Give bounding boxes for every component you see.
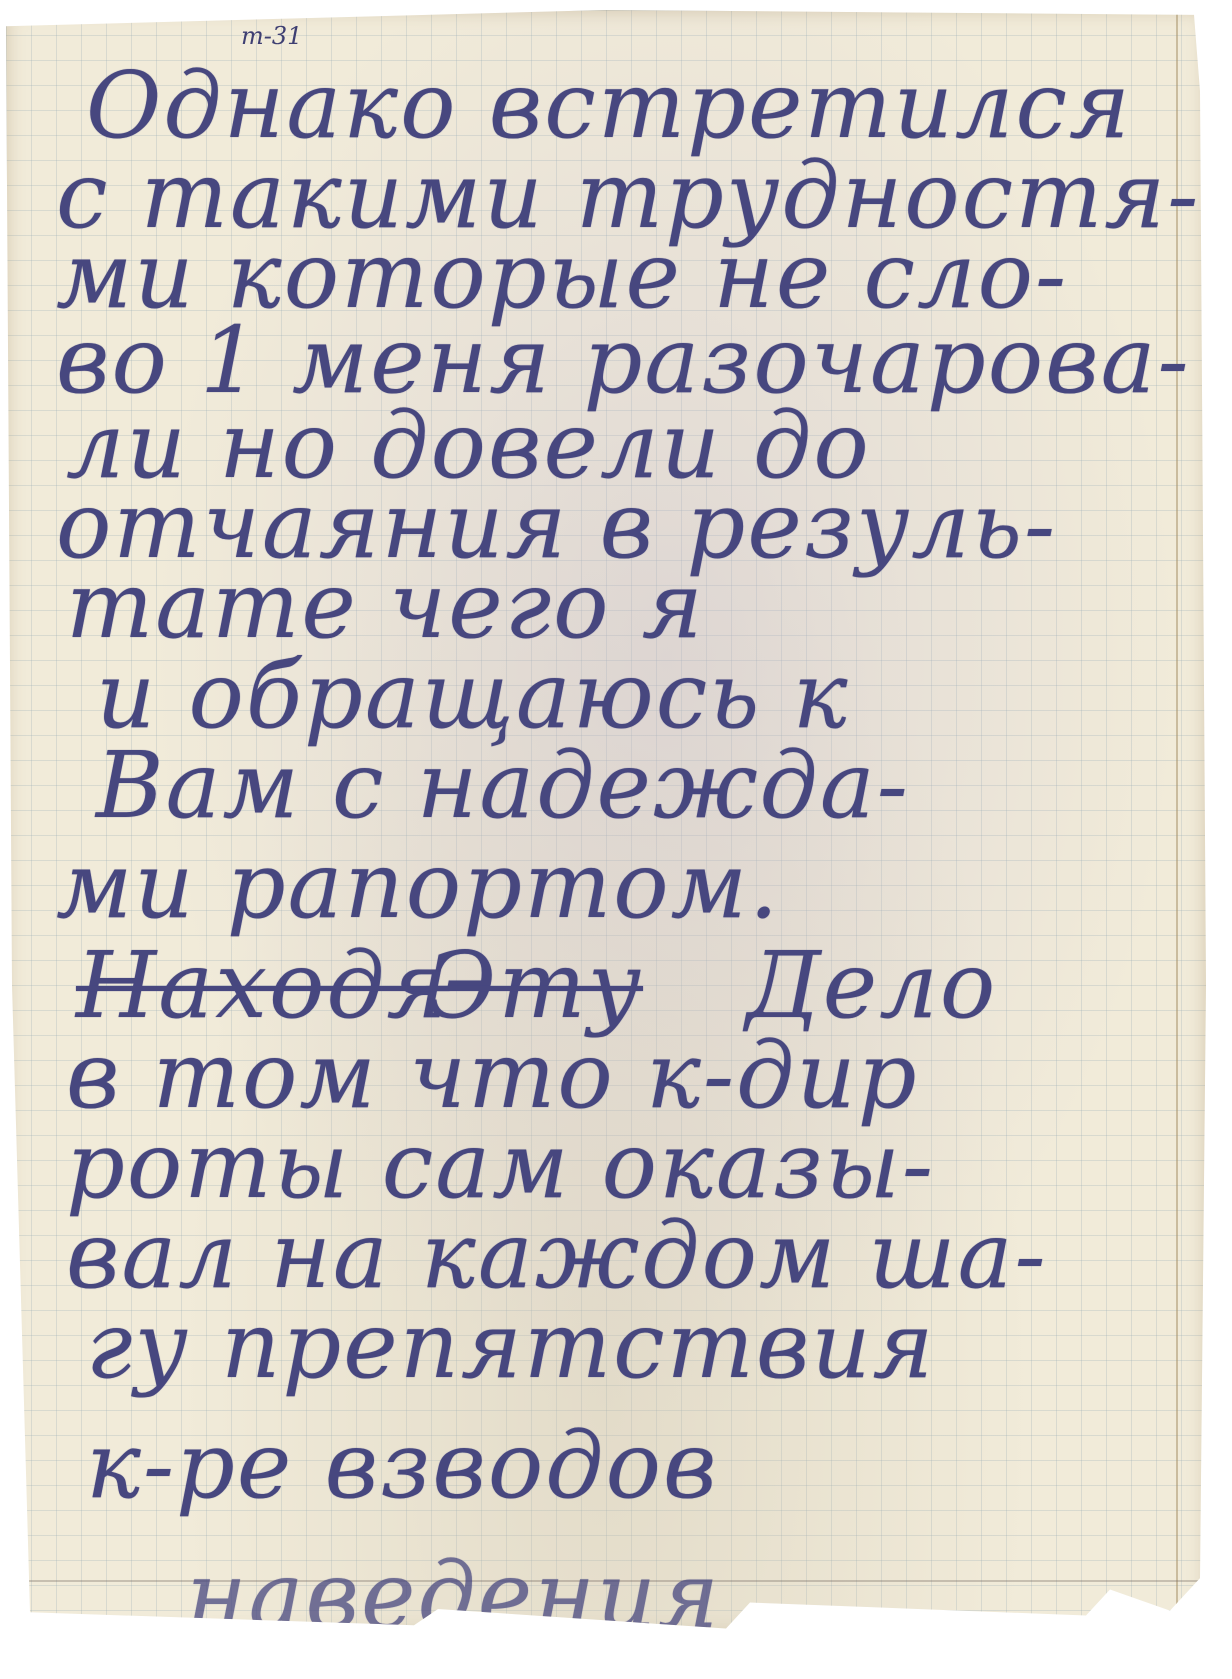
handwritten-line: наведения — [186, 1550, 721, 1642]
handwritten-line: Однако встретился — [86, 60, 1132, 152]
handwritten-line: тате чего я — [66, 560, 705, 652]
handwritten-line: Вам с надежда- — [96, 740, 910, 832]
letter-page: m-31 Однако встретился с такими трудност… — [6, 10, 1206, 1635]
struck-through-word: Эту — [426, 940, 643, 1032]
handwritten-line: и обращаюсь к — [96, 650, 850, 742]
handwritten-line: в том что к-дир — [66, 1030, 919, 1122]
handwritten-line: гу препятствия — [86, 1300, 936, 1392]
page-annotation: m-31 — [241, 22, 302, 50]
handwritten-line: вал на каждом ша- — [66, 1210, 1048, 1302]
handwritten-line: роты сам оказы- — [66, 1120, 935, 1212]
struck-through-word: Находя — [76, 940, 450, 1032]
handwritten-line: Дело — [746, 940, 997, 1032]
paper-fold-line — [1176, 10, 1178, 1635]
handwritten-line: ми рапортом. — [56, 840, 780, 932]
handwritten-line: к-ре взводов — [86, 1420, 719, 1512]
